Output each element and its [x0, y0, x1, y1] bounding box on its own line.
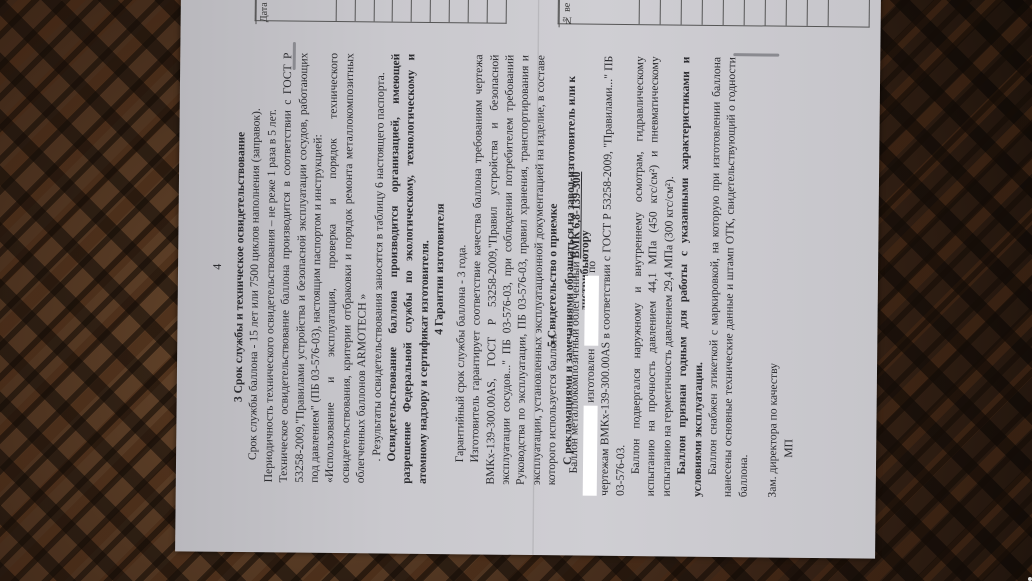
- acceptance-line-3: чертежам ВМКх-139-300.00AS в соответстви…: [597, 56, 632, 496]
- redacted-field: [583, 406, 598, 496]
- passport-sheet: Дата № ве 4 3 Срок службы и техническое …: [175, 0, 881, 559]
- left-page: 4 3 Срок службы и техническое освидетель…: [175, 0, 521, 555]
- inspection-standard-text: Техническое освидетельствование баллона …: [276, 52, 327, 482]
- instruction-title-text: «Использование и эксплуатация, проверка …: [322, 53, 373, 483]
- seal-label: МП: [780, 58, 800, 498]
- light-glare: [1028, 577, 1032, 581]
- page-number: 4: [208, 52, 228, 482]
- cylinder-model: ВМК 6,8-139-300: [570, 171, 584, 258]
- right-page: 5 Свидетельство о приемке Баллон металло…: [532, 0, 878, 559]
- test-text: Баллон подвергался наружному и внутренне…: [628, 56, 679, 496]
- label-text: Баллон снабжен этикеткой с маркировкой, …: [705, 57, 756, 497]
- fitness-text: Баллон признан годным для работы с указа…: [674, 57, 709, 497]
- section-5-heading: 5 Свидетельство о приемке: [543, 55, 563, 495]
- redacted-field: [584, 276, 599, 346]
- inspection-authority-text: Освидетельствование баллона производится…: [384, 54, 435, 484]
- section-4-heading: 4 Гарантии изготовителя: [430, 54, 450, 484]
